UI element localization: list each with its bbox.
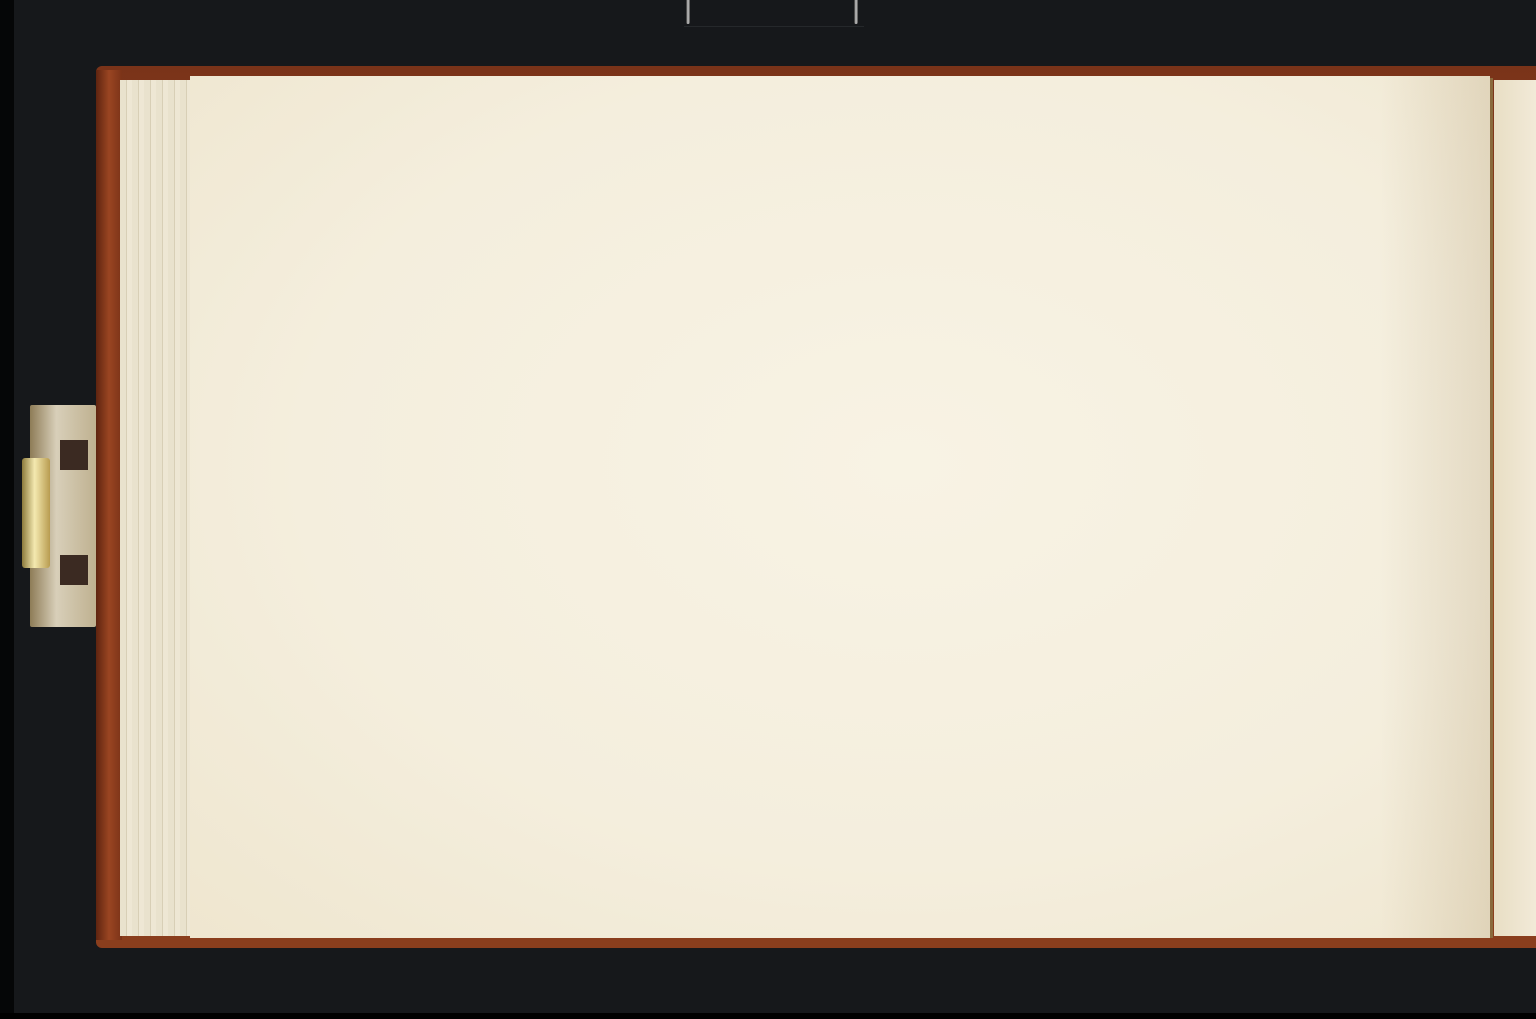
- clasp-rivet-bottom: [60, 555, 88, 585]
- clasp-brass-band: [22, 458, 50, 568]
- blank-page: [190, 76, 1490, 938]
- clip-prong-left: [686, 0, 690, 24]
- book-gutter: [1490, 78, 1493, 938]
- cover-spine-edge: [96, 70, 122, 940]
- facing-page-edge: [1494, 80, 1536, 936]
- mount-clip: [684, 0, 864, 27]
- page-stack-edges: [120, 80, 196, 936]
- clasp-rivet-top: [60, 440, 88, 470]
- dark-border: [0, 0, 14, 1019]
- dark-border-bottom: [0, 1013, 1536, 1019]
- clip-prong-right: [854, 0, 858, 24]
